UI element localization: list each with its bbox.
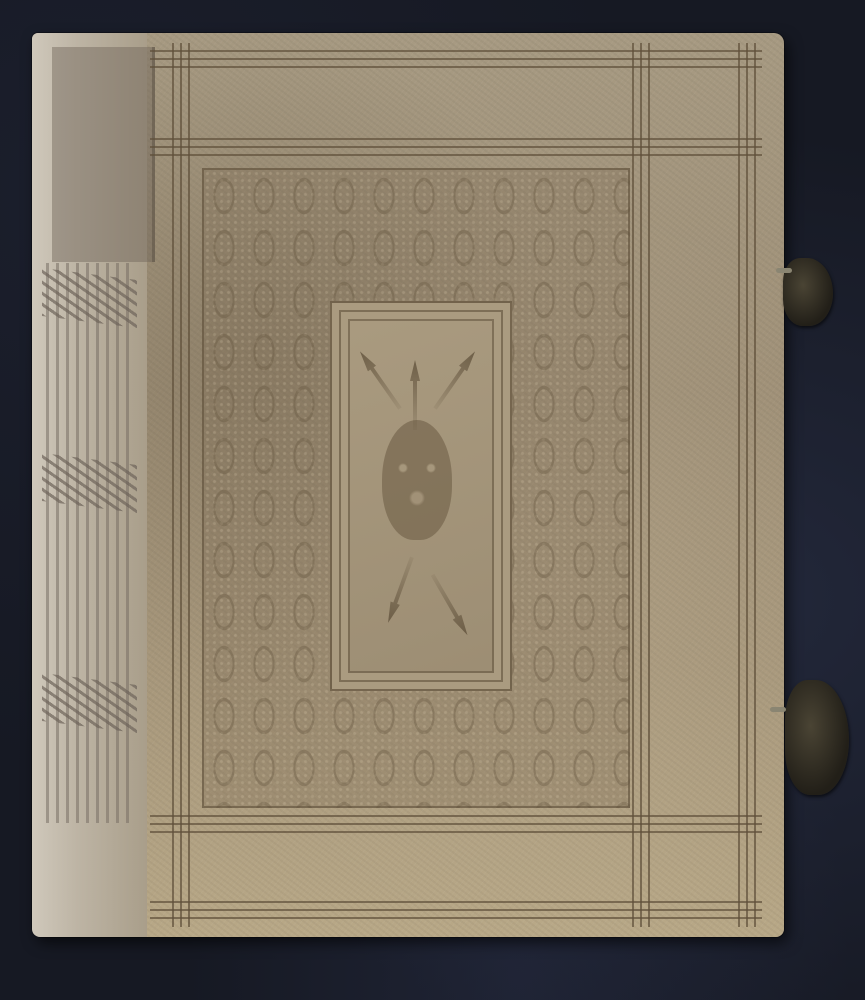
fillet-line <box>172 43 174 927</box>
fillet-line <box>150 909 762 911</box>
lower-clasp <box>785 680 849 795</box>
central-palmette-ornament <box>382 420 452 540</box>
fillet-line <box>746 43 748 927</box>
fillet-line <box>150 138 762 140</box>
fillet-line <box>180 43 182 927</box>
spine-head-panel <box>52 47 155 262</box>
fillet-line <box>754 43 756 927</box>
fillet-line <box>640 43 642 927</box>
fillet-line <box>150 901 762 903</box>
spine <box>32 33 147 937</box>
fillet-line <box>738 43 740 927</box>
clasp-pin <box>776 268 792 273</box>
fillet-line <box>150 154 762 156</box>
fillet-line <box>150 146 762 148</box>
fillet-line <box>188 43 190 927</box>
fillet-line <box>150 66 762 68</box>
fillet-line <box>150 815 762 817</box>
spine-vertical-fillets <box>46 263 136 823</box>
fillet-line <box>150 50 762 52</box>
fillet-line <box>150 58 762 60</box>
fillet-line <box>632 43 634 927</box>
fillet-line <box>648 43 650 927</box>
fillet-line <box>150 823 762 825</box>
fillet-line <box>150 831 762 833</box>
fillet-line <box>150 917 762 919</box>
clasp-pin <box>770 707 786 712</box>
